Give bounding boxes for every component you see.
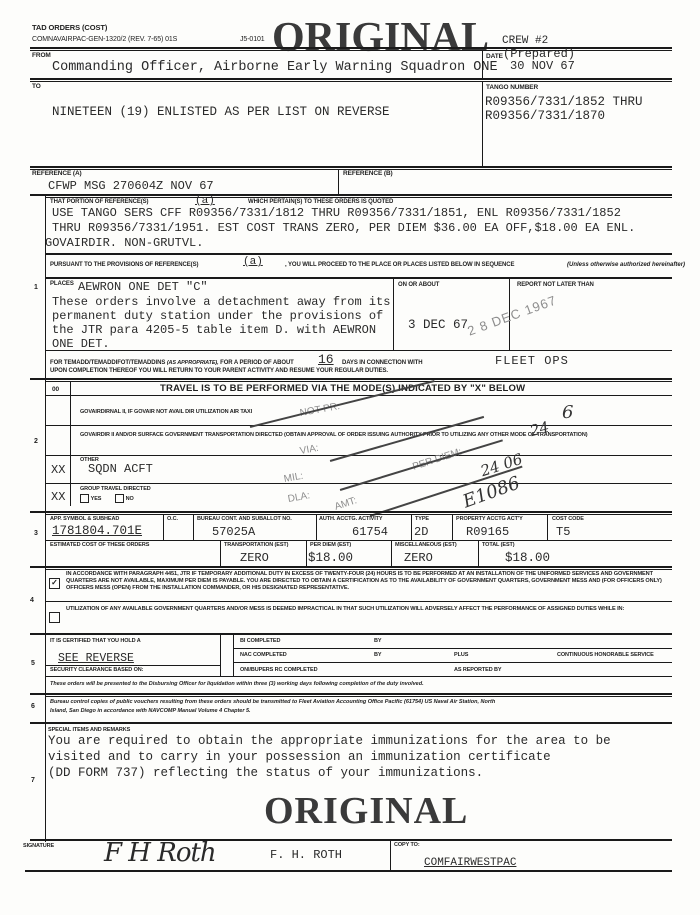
divider (220, 635, 221, 676)
divider (220, 540, 221, 566)
original-stamp-bottom: ORIGINAL (264, 792, 468, 830)
certified-label: IT IS CERTIFIED THAT YOU HOLD A (50, 638, 141, 644)
section-number: 6 (31, 703, 35, 710)
pursuant-note: (Unless otherwise authorized hereinafter… (567, 262, 685, 268)
copy-to-label: COPY TO: (394, 842, 420, 848)
return-instruction: UPON COMPLETION THEREOF YOU WILL RETURN … (50, 368, 388, 374)
nac-by-label: BY (374, 652, 381, 658)
divider (45, 381, 672, 382)
clearance-label: SECURITY CLEARANCE BASED ON: (50, 667, 143, 673)
section-number: 4 (30, 597, 34, 604)
places-line3: permanent duty station under the provisi… (52, 309, 383, 323)
cost-code-value: T5 (556, 525, 570, 539)
divider (478, 540, 479, 566)
type-label: TYPE (415, 516, 429, 522)
divider (233, 635, 234, 676)
quarters-certification-checkbox[interactable]: ✓ (49, 578, 60, 589)
on-about-value: 3 DEC 67 (408, 318, 468, 332)
date-label: DATE (486, 53, 503, 60)
divider (30, 166, 672, 168)
quoted-line1: USE TANGO SERS CFF R09356/7331/1812 THRU… (52, 206, 621, 220)
bi-by-label: BY (374, 638, 381, 644)
divider (163, 514, 164, 540)
quoted-line2: THRU R09356/7331/1951. EST COST TRANS ZE… (52, 221, 635, 235)
divider (30, 511, 672, 513)
auth-label: AUTH. ACCTG. ACTIVITY (319, 516, 383, 522)
on-about-label: ON OR ABOUT (398, 282, 439, 288)
divider (45, 540, 672, 541)
purpose-value: FLEET OPS (495, 354, 569, 368)
app-symbol-label: APP. SYMBOL & SUBHEAD (50, 516, 119, 522)
pursuant-label-pre: PURSUANT TO THE PROVISIONS OF REFERENCE(… (50, 262, 198, 268)
total-value: $18.00 (505, 551, 550, 565)
voucher-instructions: Bureau control copies of public vouchers… (50, 698, 510, 716)
pursuant-label-post: , YOU WILL PROCEED TO THE PLACE OR PLACE… (285, 262, 514, 268)
type-value: 2D (414, 525, 428, 539)
divider (390, 840, 391, 870)
app-symbol-value: 1781804.701E (52, 524, 142, 538)
divider (70, 381, 71, 506)
divider (45, 395, 672, 396)
divider (338, 169, 339, 194)
places-line2: These orders involve a detachment away f… (52, 295, 390, 309)
form-number: COMNAVAIRPAC-GEN-1320/2 (REV. 7-65) 01S (32, 36, 177, 43)
crew-label: CREW #2 (502, 35, 548, 47)
divider (45, 197, 672, 198)
copy-to-value: COMFAIRWESTPAC (424, 857, 516, 869)
divider (411, 514, 412, 540)
divider (233, 648, 672, 649)
quoted-label-post: WHICH PERTAIN(S) TO THESE ORDERS IS QUOT… (248, 199, 393, 205)
divider (45, 253, 672, 255)
remarks-line1: You are required to obtain the appropria… (48, 734, 611, 748)
divider (393, 278, 394, 350)
misc-label: MISCELLANEOUS (est) (395, 542, 457, 548)
quoted-label-pre: THAT PORTION OF REFERENCE(S) (50, 199, 148, 205)
continuous-service-label: CONTINUOUS HONORABLE SERVICE (557, 652, 654, 658)
oni-completed-label: ONI/BUPERS RC COMPLETED (240, 667, 317, 673)
quoted-line3: GOVAIRDIR. NON-GRUTVL. (45, 236, 203, 250)
est-cost-label: ESTIMATED COST OF THESE ORDERS (50, 542, 149, 548)
divider (547, 514, 548, 540)
divider (45, 514, 672, 515)
remarks-line2: visited and to carry in your possession … (48, 750, 551, 764)
quarters-impractical-checkbox[interactable] (49, 612, 60, 623)
to-value: NINETEEN (19) ENLISTED AS PER LIST ON RE… (52, 105, 390, 119)
property-label: PROPERTY ACCTG ACT'Y (456, 516, 523, 522)
auth-value: 61754 (352, 525, 388, 539)
divider (30, 47, 672, 49)
places-line4: the JTR para 4205-5 table item D. with A… (52, 323, 376, 337)
section-number: 1 (34, 284, 38, 291)
reference-b-label: REFERENCE (b) (343, 170, 393, 177)
divider (30, 50, 672, 51)
divider (30, 633, 672, 635)
tango-line1: R09356/7331/1852 THRU (485, 96, 643, 109)
handwritten-code: E1086 (460, 473, 523, 513)
handwritten-signature: F H Roth (104, 838, 216, 868)
days-label: DAYS IN CONNECTION WITH (342, 360, 422, 366)
reference-a-label: REFERENCE (a) (32, 170, 82, 177)
transport-label: TRANSPORTATION (est) (224, 542, 288, 548)
section-number: 5 (31, 660, 35, 667)
certified-value: SEE REVERSE (58, 652, 134, 665)
divider (45, 350, 672, 351)
section-number: 3 (34, 530, 38, 537)
divider (45, 676, 672, 677)
typed-name: F. H. ROTH (270, 848, 342, 862)
to-label: TO (32, 83, 41, 90)
group-travel-no[interactable]: NO (115, 494, 134, 503)
handwritten-number: 6 (562, 402, 573, 423)
no-checkbox[interactable] (115, 494, 124, 503)
total-label: TOTAL (est) (482, 542, 515, 548)
divider (30, 81, 672, 82)
divider (233, 662, 672, 663)
divider (45, 569, 672, 570)
property-value: R09165 (466, 525, 509, 539)
temadd-label: FOR TEMADD/TEMADDIFOT/TEMADDINS (as appr… (50, 360, 294, 366)
divider (30, 693, 672, 695)
pursuant-ref: (a) (243, 256, 263, 268)
travel-mode-other-mark[interactable]: XX (51, 463, 65, 477)
divider (482, 81, 483, 167)
tango-label: TANGO NUMBER (486, 84, 538, 91)
divider (316, 514, 317, 540)
mark-column-label: 00 (52, 386, 59, 393)
divider (45, 277, 672, 279)
left-margin-rule (45, 194, 46, 842)
received-date-stamp: 2 8 DEC 1967 (465, 292, 558, 338)
tango-line2: R09356/7331/1870 (485, 110, 605, 123)
transport-value: ZERO (240, 551, 269, 565)
nac-completed-label: NAC COMPLETED (240, 652, 287, 658)
oc-label: O.C. (167, 516, 178, 522)
bureau-value: 57025A (212, 525, 255, 539)
group-travel-yes[interactable]: YES (80, 494, 101, 503)
original-stamp-top: ORIGINAL (272, 17, 489, 59)
section-number: 2 (34, 438, 38, 445)
divider (25, 870, 672, 872)
divider (452, 514, 453, 540)
signature-label: SIGNATURE (23, 843, 54, 849)
divider (45, 455, 672, 456)
divider (482, 50, 483, 80)
bureau-label: BUREAU CONT. AND SUBALLOT NO. (197, 516, 292, 522)
places-label: PLACES (50, 281, 74, 287)
per-diem-label: PER DIEM (est) (310, 542, 351, 548)
stamp-dla: DLA: (287, 490, 311, 505)
yes-checkbox[interactable] (80, 494, 89, 503)
report-label: REPORT NOT LATER THAN (517, 282, 594, 288)
divider (45, 601, 672, 602)
quarters-impractical-text: UTILIZATION OF ANY AVAILABLE GOVERNMENT … (66, 605, 671, 613)
from-label: FROM (32, 52, 51, 59)
quarters-certification-text: IN ACCORDANCE WITH PARAGRAPH 4451, JTR I… (66, 571, 671, 592)
plus-label: PLUS (454, 652, 468, 658)
form-title: TAD ORDERS (Cost) (32, 23, 107, 32)
divider (306, 540, 307, 566)
period-days: 16 (318, 352, 334, 367)
travel-mode-other-value: SQDN ACFT (88, 462, 153, 476)
divider (45, 696, 672, 697)
places-line1: AEWRON ONE DET "C" (78, 280, 208, 294)
disbursing-note: These orders will be presented to the Di… (50, 681, 424, 687)
reference-a-value: CFWP MSG 270604Z NOV 67 (48, 179, 214, 193)
from-value: Commanding Officer, Airborne Early Warni… (52, 60, 498, 75)
date-value: 30 NOV 67 (510, 61, 575, 72)
divider (391, 540, 392, 566)
divider (30, 78, 672, 80)
per-diem-value: $18.00 (308, 551, 353, 565)
travel-mode-govair-label: GOVAIRDIRNAL II, IF GOVAIR NOT AVAIL DIR… (80, 409, 252, 415)
form-number-suffix: J5-0101 (240, 36, 265, 43)
divider (30, 194, 672, 196)
remarks-label: SPECIAL ITEMS AND REMARKS (48, 727, 130, 733)
divider (45, 665, 220, 666)
divider (30, 722, 672, 724)
travel-mode-surface-label: GOVAIRDIR II AND/OR SURFACE GOVERNMENT T… (80, 431, 650, 439)
divider (30, 566, 672, 568)
divider (193, 514, 194, 540)
cost-code-label: COST CODE (552, 516, 584, 522)
reported-by-label: AS REPORTED BY (454, 667, 502, 673)
divider (30, 378, 672, 380)
places-line5: ONE DET. (52, 337, 110, 351)
bi-completed-label: BI COMPLETED (240, 638, 280, 644)
section-number: 7 (31, 777, 35, 784)
divider (45, 425, 672, 426)
group-travel-label: GROUP TRAVEL DIRECTED (80, 486, 151, 492)
remarks-line3: (DD FORM 737) reflecting the status of y… (48, 766, 483, 780)
group-travel-mark[interactable]: XX (51, 490, 65, 504)
misc-value: ZERO (404, 551, 433, 565)
travel-heading: TRAVEL IS TO BE PERFORMED VIA THE MODE(S… (160, 383, 525, 394)
